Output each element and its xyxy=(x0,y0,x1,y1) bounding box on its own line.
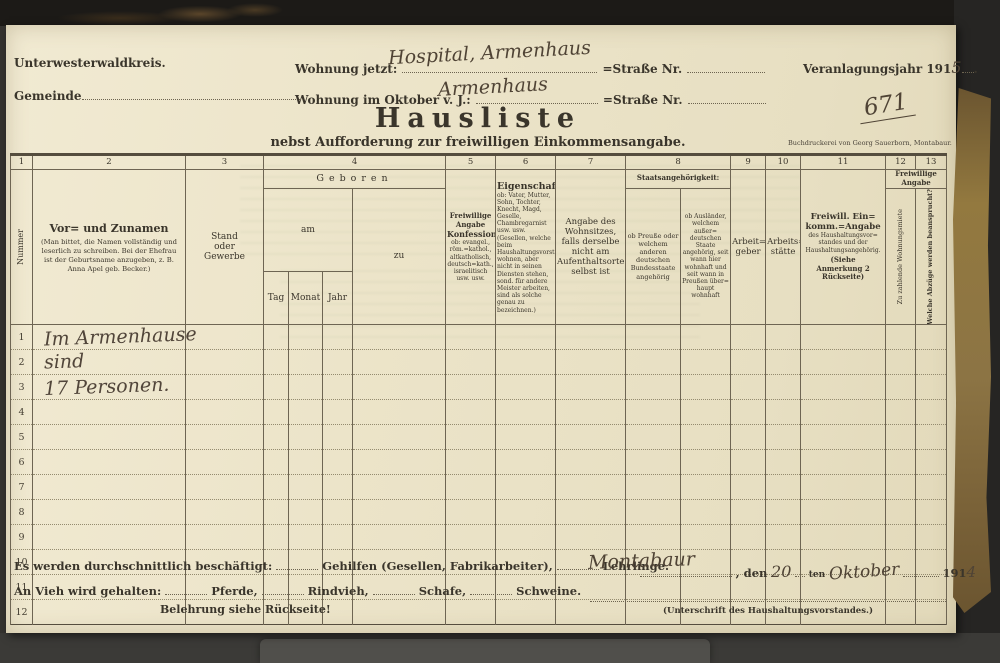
empty-cell xyxy=(264,450,289,475)
handwritten-entry: 17 Personen. xyxy=(34,374,170,401)
row-number: 8 xyxy=(11,500,33,525)
empty-cell xyxy=(916,350,947,375)
empty-cell xyxy=(626,500,681,525)
empty-cell xyxy=(681,500,731,525)
empty-cell xyxy=(916,475,947,500)
empty-cell xyxy=(186,525,264,550)
empty-cell xyxy=(766,400,801,425)
empty-cell xyxy=(681,375,731,400)
empty-cell xyxy=(289,350,323,375)
empty-cell xyxy=(289,325,323,350)
empty-cell xyxy=(626,350,681,375)
empty-cell xyxy=(731,375,766,400)
wohnung-jetzt-label: Wohnung jetzt: xyxy=(295,62,397,76)
header-stand: Stand oder Gewerbe xyxy=(186,170,264,325)
header-am: am xyxy=(264,188,353,271)
header-geboren: Geboren xyxy=(264,170,446,189)
livestock-item: Schafe, xyxy=(419,584,466,598)
header-zu: zu xyxy=(353,188,446,325)
empty-cell xyxy=(916,500,947,525)
empty-cell xyxy=(916,400,947,425)
empty-cell xyxy=(353,325,446,350)
binding-tape xyxy=(953,88,991,613)
empty-cell xyxy=(556,500,626,525)
empty-cell xyxy=(766,450,801,475)
empty-cell xyxy=(731,325,766,350)
empty-cell xyxy=(556,325,626,350)
empty-cell xyxy=(446,600,496,625)
empty-cell xyxy=(916,425,947,450)
header-einkommensangabe: Freiwill. Ein= komm.=Angabe des Haushalt… xyxy=(801,170,886,325)
empty-cell xyxy=(353,400,446,425)
empty-cell xyxy=(289,450,323,475)
empty-cell xyxy=(323,325,353,350)
form-title: Hausliste xyxy=(10,103,946,134)
empty-cell xyxy=(626,400,681,425)
den-label: , den xyxy=(736,566,768,580)
name-cell xyxy=(33,425,186,450)
signature-line xyxy=(590,590,946,602)
header-jahr: Jahr xyxy=(323,271,353,325)
empty-cell xyxy=(681,350,731,375)
empty-cell xyxy=(801,425,886,450)
empty-cell xyxy=(626,525,681,550)
header-freiwillige-angabe: Freiwillige Angabe xyxy=(886,170,947,189)
empty-cell xyxy=(186,500,264,525)
name-cell xyxy=(33,475,186,500)
header-tag: Tag xyxy=(264,271,289,325)
empty-cell xyxy=(446,375,496,400)
empty-cell xyxy=(916,525,947,550)
empty-cell xyxy=(323,450,353,475)
name-cell: sind xyxy=(33,350,186,375)
empty-cell xyxy=(886,425,916,450)
empty-cell xyxy=(186,425,264,450)
empty-cell xyxy=(731,475,766,500)
empty-cell xyxy=(886,375,916,400)
empty-cell xyxy=(264,475,289,500)
empty-cell xyxy=(264,375,289,400)
place-blank-line xyxy=(640,565,732,577)
empty-cell xyxy=(886,400,916,425)
empty-cell xyxy=(446,500,496,525)
year-blank-line xyxy=(962,61,974,73)
empty-cell xyxy=(446,475,496,500)
col-num: 12 xyxy=(886,155,916,170)
empty-cell xyxy=(323,425,353,450)
header-arbeitgeber: Arbeit= geber xyxy=(731,170,766,325)
livestock-prefix: An Vieh wird gehalten: xyxy=(14,584,161,598)
empty-cell xyxy=(446,350,496,375)
empty-cell xyxy=(626,475,681,500)
table-row: 317 Personen. xyxy=(11,375,947,400)
empty-cell xyxy=(626,375,681,400)
table-row: 7 xyxy=(11,475,947,500)
empty-cell xyxy=(681,400,731,425)
empty-cell xyxy=(801,375,886,400)
empty-cell xyxy=(916,375,947,400)
month-handwriting: Oktober xyxy=(828,560,900,585)
col-num: 5 xyxy=(446,155,496,170)
empty-cell xyxy=(353,425,446,450)
empty-cell xyxy=(731,500,766,525)
header-wohnsitz: Angabe des Wohnsitzes, falls derselbe ni… xyxy=(556,170,626,325)
empty-cell xyxy=(731,450,766,475)
header-eigenschaft: Eigenschaft ob: Vater, Mutter, Sohn, Toc… xyxy=(496,170,556,325)
empty-cell xyxy=(264,400,289,425)
gemeinde-row: Gemeinde xyxy=(14,85,300,104)
column-number-row: 1 2 3 4 5 6 7 8 9 10 11 12 13 xyxy=(11,155,947,170)
empty-cell xyxy=(766,475,801,500)
header-staatsangehoerigkeit: Staatsangehörigkeit: xyxy=(626,170,731,189)
empty-cell xyxy=(496,425,556,450)
table-row: 2sind xyxy=(11,350,947,375)
date-line: , den 20 ten Oktober 1914 xyxy=(640,562,976,582)
name-cell xyxy=(33,500,186,525)
row-number: 3 xyxy=(11,375,33,400)
col-num: 7 xyxy=(556,155,626,170)
table-row: 8 xyxy=(11,500,947,525)
signature-caption: (Unterschrift des Haushaltungsvorstandes… xyxy=(590,606,946,616)
employed-mid: Gehilfen (Gesellen, Fabrikarbeiter), xyxy=(322,559,552,573)
empty-cell xyxy=(556,425,626,450)
empty-cell xyxy=(556,350,626,375)
empty-cell xyxy=(801,450,886,475)
empty-cell xyxy=(681,325,731,350)
row-number: 5 xyxy=(11,425,33,450)
day-blank xyxy=(795,565,805,577)
header-nummer: Nummer xyxy=(11,170,33,325)
empty-cell xyxy=(801,500,886,525)
gemeinde-label: Gemeinde xyxy=(14,89,82,103)
employed-line: Es werden durchschnittlich beschäftigt: … xyxy=(14,558,669,573)
empty-cell xyxy=(766,350,801,375)
handwritten-entry: sind xyxy=(34,350,85,374)
scanned-form-page: Unterwesterwaldkreis. Gemeinde Wohnung j… xyxy=(0,0,1000,663)
row-number: 1 xyxy=(11,325,33,350)
empty-cell xyxy=(289,525,323,550)
empty-cell xyxy=(186,400,264,425)
veranlagungsjahr-period: . xyxy=(974,62,978,76)
book-spine-edge xyxy=(0,0,1000,26)
empty-cell xyxy=(353,500,446,525)
row-number: 12 xyxy=(11,600,33,625)
empty-cell xyxy=(353,450,446,475)
empty-cell xyxy=(289,500,323,525)
empty-cell xyxy=(766,325,801,350)
header-staat-preusse: ob Preuße oder welchem anderen deutschen… xyxy=(626,188,681,325)
name-cell xyxy=(33,400,186,425)
col-num: 10 xyxy=(766,155,801,170)
empty-cell xyxy=(801,325,886,350)
employed-prefix: Es werden durchschnittlich beschäftigt: xyxy=(14,559,272,573)
header-names: Vor= und Zunamen (Man bittet, die Namen … xyxy=(33,170,186,325)
row-number: 6 xyxy=(11,450,33,475)
veranlagungsjahr-row: Veranlagungsjahr 1915. xyxy=(803,58,978,77)
empty-cell xyxy=(496,350,556,375)
col-num: 13 xyxy=(916,155,947,170)
empty-cell xyxy=(264,525,289,550)
empty-cell xyxy=(496,375,556,400)
empty-cell xyxy=(323,375,353,400)
empty-cell xyxy=(626,425,681,450)
empty-cell xyxy=(886,475,916,500)
empty-cell xyxy=(556,475,626,500)
livestock-item: Pferde, xyxy=(211,584,257,598)
empty-cell xyxy=(496,525,556,550)
strasse-blank-line xyxy=(687,61,765,73)
row-number: 9 xyxy=(11,525,33,550)
table-row: 4 xyxy=(11,400,947,425)
empty-cell xyxy=(353,600,446,625)
empty-cell xyxy=(323,350,353,375)
empty-cell xyxy=(496,600,556,625)
empty-cell xyxy=(801,350,886,375)
header-staat-auslaender: ob Ausländer, welchem außer= deutschen S… xyxy=(681,188,731,325)
livestock-item: Rindvieh, xyxy=(308,584,369,598)
empty-cell xyxy=(186,350,264,375)
name-cell: Im Armenhause xyxy=(33,325,186,350)
empty-cell xyxy=(626,325,681,350)
empty-cell xyxy=(446,425,496,450)
name-cell xyxy=(33,450,186,475)
employed-blank-1 xyxy=(276,558,318,570)
empty-cell xyxy=(323,525,353,550)
empty-cell xyxy=(801,400,886,425)
empty-cell xyxy=(353,525,446,550)
empty-cell xyxy=(264,500,289,525)
livestock-blank-4 xyxy=(470,583,512,595)
empty-cell xyxy=(323,400,353,425)
col-num: 1 xyxy=(11,155,33,170)
header-row-1: Nummer Vor= und Zunamen (Man bittet, die… xyxy=(11,170,947,189)
col-num: 11 xyxy=(801,155,886,170)
empty-cell xyxy=(556,400,626,425)
empty-cell xyxy=(264,425,289,450)
empty-cell xyxy=(264,325,289,350)
empty-cell xyxy=(801,525,886,550)
empty-cell xyxy=(353,475,446,500)
empty-cell xyxy=(766,425,801,450)
handwritten-entry: Im Armenhause xyxy=(34,323,197,351)
empty-cell xyxy=(496,400,556,425)
day-handwriting: 20 xyxy=(771,562,791,581)
empty-cell xyxy=(731,400,766,425)
veranlagungsjahr-label: Veranlagungsjahr 191 xyxy=(803,62,951,76)
empty-cell xyxy=(496,325,556,350)
year-printed: 191 xyxy=(943,566,967,580)
month-blank xyxy=(903,565,939,577)
printer-imprint: Buchdruckerei von Georg Sauerborn, Monta… xyxy=(788,139,952,147)
belehrung-note: Belehrung siehe Rückseite! xyxy=(160,603,331,616)
stone-surface xyxy=(260,639,710,663)
empty-cell xyxy=(731,350,766,375)
empty-cell xyxy=(186,450,264,475)
empty-cell xyxy=(496,475,556,500)
header-wohnungsmiete: Zu zahlende Wohnungsmiete xyxy=(886,188,916,325)
empty-cell xyxy=(556,375,626,400)
livestock-item: Schweine. xyxy=(516,584,581,598)
col-num: 3 xyxy=(186,155,264,170)
col-num: 8 xyxy=(626,155,731,170)
empty-cell xyxy=(556,525,626,550)
header-abzuege: Welche Abzüge werden beansprucht? xyxy=(916,188,947,325)
table-row: 9 xyxy=(11,525,947,550)
strasse-label: =Straße Nr. xyxy=(602,62,682,76)
empty-cell xyxy=(186,475,264,500)
hausliste-table: 1 2 3 4 5 6 7 8 9 10 11 12 13 Nummer Vor… xyxy=(10,153,947,625)
empty-cell xyxy=(766,525,801,550)
col-num: 4 xyxy=(264,155,446,170)
livestock-blank-2 xyxy=(262,583,304,595)
empty-cell xyxy=(916,325,947,350)
header-arbeitsstaette: Arbeits= stätte xyxy=(766,170,801,325)
table-row: 5 xyxy=(11,425,947,450)
empty-cell xyxy=(556,450,626,475)
empty-cell xyxy=(801,475,886,500)
year-handwriting: 4 xyxy=(967,563,977,581)
col-num: 6 xyxy=(496,155,556,170)
empty-cell xyxy=(731,525,766,550)
empty-cell xyxy=(289,375,323,400)
livestock-line: An Vieh wird gehalten: Pferde, Rindvieh,… xyxy=(14,583,581,598)
empty-cell xyxy=(886,350,916,375)
empty-cell xyxy=(446,400,496,425)
table-row: 6 xyxy=(11,450,947,475)
livestock-blank-3 xyxy=(373,583,415,595)
empty-cell xyxy=(681,525,731,550)
ten-label: ten xyxy=(809,570,825,580)
empty-cell xyxy=(916,450,947,475)
name-cell: 17 Personen. xyxy=(33,375,186,400)
empty-cell xyxy=(289,400,323,425)
empty-cell xyxy=(446,525,496,550)
header-monat: Monat xyxy=(289,271,323,325)
empty-cell xyxy=(681,475,731,500)
empty-cell xyxy=(496,450,556,475)
livestock-blank-1 xyxy=(165,583,207,595)
empty-cell xyxy=(766,500,801,525)
empty-cell xyxy=(886,500,916,525)
col-num: 2 xyxy=(33,155,186,170)
empty-cell xyxy=(446,450,496,475)
empty-cell xyxy=(289,425,323,450)
empty-cell xyxy=(353,350,446,375)
table-row: 1Im Armenhause xyxy=(11,325,947,350)
empty-cell xyxy=(886,325,916,350)
name-cell xyxy=(33,525,186,550)
header-konfession: Freiwillige Angabe Konfession ob: evange… xyxy=(446,170,496,325)
empty-cell xyxy=(731,425,766,450)
empty-cell xyxy=(496,500,556,525)
district-label: Unterwesterwaldkreis. xyxy=(14,56,166,70)
veranlagungsjahr-handwriting: 5 xyxy=(951,58,961,77)
empty-cell xyxy=(446,325,496,350)
table-header: 1 2 3 4 5 6 7 8 9 10 11 12 13 Nummer Vor… xyxy=(11,155,947,325)
empty-cell xyxy=(353,375,446,400)
empty-cell xyxy=(289,475,323,500)
empty-cell xyxy=(323,500,353,525)
gemeinde-blank-line xyxy=(82,88,300,100)
empty-cell xyxy=(766,375,801,400)
row-number: 2 xyxy=(11,350,33,375)
empty-cell xyxy=(323,475,353,500)
empty-cell xyxy=(886,450,916,475)
empty-cell xyxy=(186,325,264,350)
row-number: 7 xyxy=(11,475,33,500)
empty-cell xyxy=(186,375,264,400)
empty-cell xyxy=(886,525,916,550)
row-number: 4 xyxy=(11,400,33,425)
col-num: 9 xyxy=(731,155,766,170)
empty-cell xyxy=(264,350,289,375)
empty-cell xyxy=(681,425,731,450)
empty-cell xyxy=(626,450,681,475)
empty-cell xyxy=(681,450,731,475)
